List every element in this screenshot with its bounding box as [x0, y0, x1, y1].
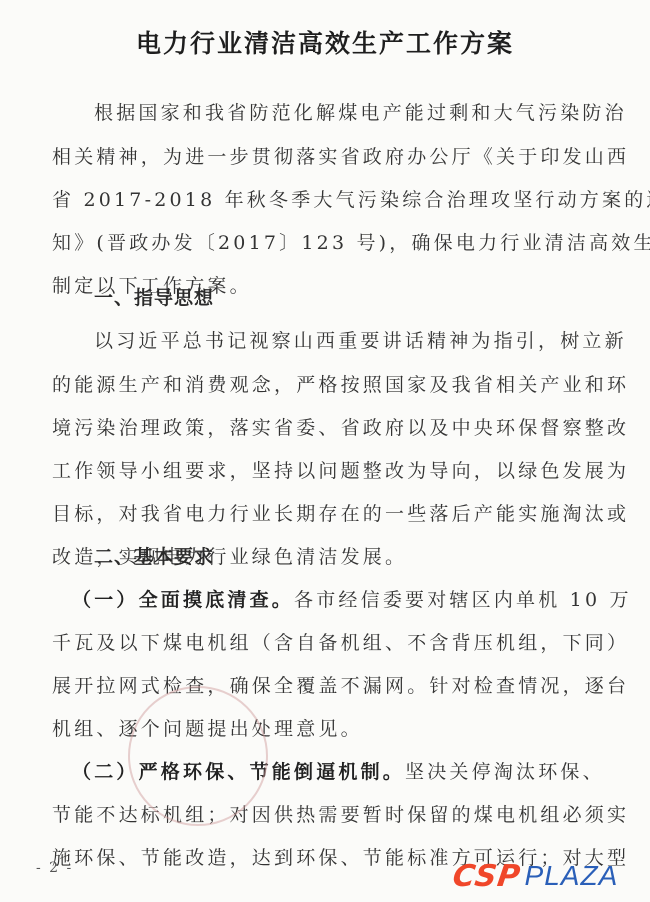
- intro-line-2: 相关精神，为进一步贯彻落实省政府办公厅《关于印发山西: [52, 145, 602, 169]
- intro-line-1: 根据国家和我省防范化解煤电产能过剩和大气污染防治: [94, 101, 644, 125]
- item1-bold-lead: （一）全面摸底清查。: [72, 589, 294, 611]
- section1-line-4: 工作领导小组要求，坚持以问题整改为导向，以绿色发展为: [52, 459, 602, 483]
- document-title: 电力行业清洁高效生产工作方案: [0, 24, 650, 60]
- intro-line-3: 省 2017-2018 年秋冬季大气污染综合治理攻坚行动方案的通: [52, 188, 602, 212]
- section1-line-3: 境污染治理政策，落实省委、省政府以及中央环保督察整改: [52, 416, 602, 440]
- item2-first-line: （二）严格环保、节能倒逼机制。坚决关停淘汰环保、: [72, 760, 622, 784]
- item1-first-line: （一）全面摸底清查。各市经信委要对辖区内单机 10 万: [72, 588, 622, 612]
- item1-line-2: 千瓦及以下煤电机组（含自备机组、不含背压机组，下同）: [52, 631, 602, 655]
- section1-line-1: 以习近平总书记视察山西重要讲话精神为指引，树立新: [94, 329, 644, 353]
- section-heading-basic-requirements: 二、基本要求: [94, 545, 644, 569]
- document-page: 电力行业清洁高效生产工作方案 根据国家和我省防范化解煤电产能过剩和大气污染防治 …: [0, 0, 650, 902]
- item2-bold-lead: （二）严格环保、节能倒逼机制。: [72, 761, 405, 783]
- logo-plaza-text: PLAZA: [525, 860, 619, 892]
- section1-line-2: 的能源生产和消费观念，严格按照国家及我省相关产业和环: [52, 373, 602, 397]
- section-heading-guiding-thought: 一、指导思想: [94, 286, 644, 310]
- item2-first-line-rest: 坚决关停淘汰环保、: [405, 761, 605, 783]
- csp-plaza-watermark-logo: CSP PLAZA: [453, 856, 618, 896]
- item2-line-2: 节能不达标机组；对因供热需要暂时保留的煤电机组必须实: [52, 803, 602, 827]
- page-number: - 2 -: [36, 860, 73, 876]
- item1-line-3: 展开拉网式检查，确保全覆盖不漏网。针对检查情况，逐台: [52, 674, 602, 698]
- item1-line-4: 机组、逐个问题提出处理意见。: [52, 717, 602, 741]
- item1-first-line-rest: 各市经信委要对辖区内单机 10 万: [294, 589, 632, 611]
- intro-line-4: 知》(晋政办发〔2017〕123 号)，确保电力行业清洁高效生产，: [52, 231, 602, 255]
- logo-csp-text: CSP: [451, 859, 523, 894]
- section1-line-5: 目标，对我省电力行业长期存在的一些落后产能实施淘汰或: [52, 502, 602, 526]
